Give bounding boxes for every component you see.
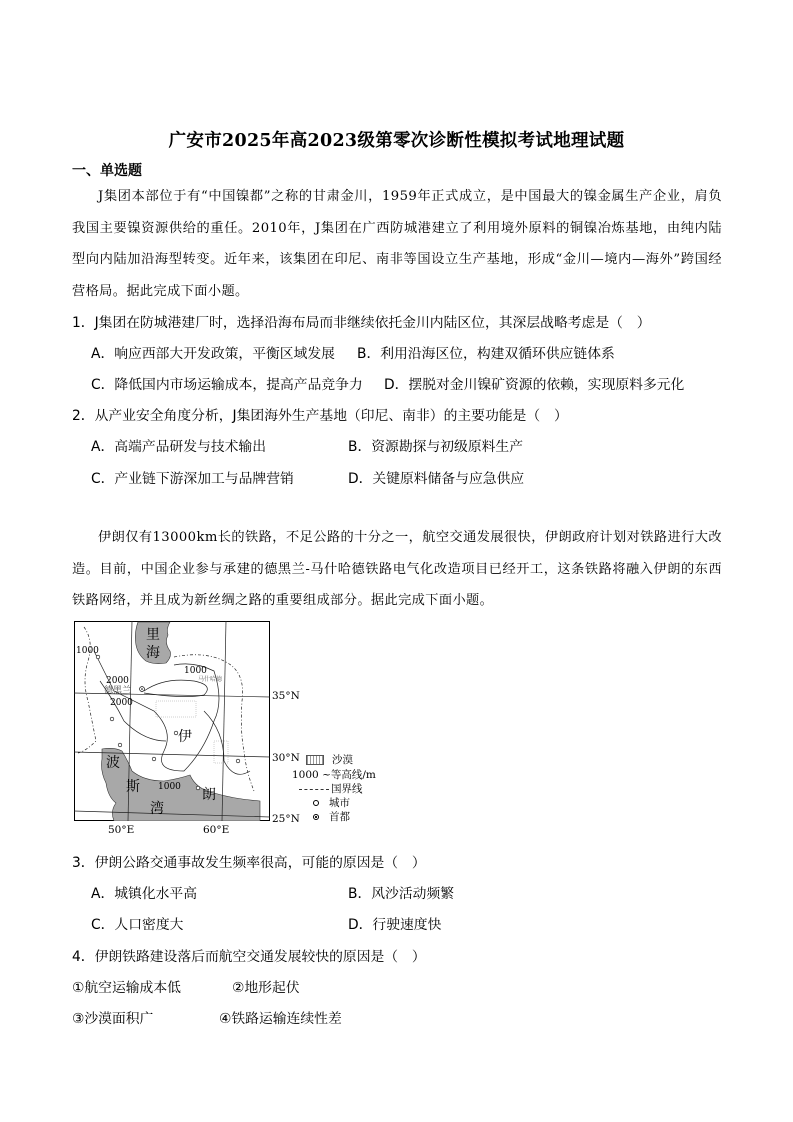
legend-contour: 1000 ~等高线/m xyxy=(292,767,376,782)
passage-jgroup: J集团本部位于有“中国镍都”之称的甘肃金川，1959年正式成立，是中国最大的镍金… xyxy=(72,181,722,307)
svg-text:海: 海 xyxy=(146,645,160,661)
svg-text:2000: 2000 xyxy=(106,676,129,686)
question-3-option-c[interactable]: C．人口密度大 xyxy=(91,913,183,933)
passage-iran-railway: 伊朗仅有13000km长的铁路，不足公路的十分之一，航空交通发展很快，伊朗政府计… xyxy=(72,522,722,617)
legend-city: 城市 xyxy=(313,795,350,810)
svg-text:斯: 斯 xyxy=(126,779,140,795)
svg-text:波: 波 xyxy=(106,755,120,771)
svg-text:1000: 1000 xyxy=(184,666,207,676)
question-2-option-a[interactable]: A．高端产品研发与技术输出 xyxy=(91,435,266,455)
svg-text:里: 里 xyxy=(146,627,160,643)
svg-text:2000: 2000 xyxy=(110,698,133,708)
contour-icon: 1000 xyxy=(292,769,319,781)
city-icon xyxy=(313,800,319,806)
question-3-option-b[interactable]: B．风沙活动频繁 xyxy=(348,882,454,902)
question-1-stem: 1．J集团在防城港建厂时，选择沿海布局而非继续依托金川内陆区位，其深层战略考虑是… xyxy=(72,311,651,331)
question-4-item-2: ②地形起伏 xyxy=(232,976,300,996)
question-2-option-b[interactable]: B．资源勘探与初级原料生产 xyxy=(348,435,523,455)
question-4-item-4: ④铁路运输连续性差 xyxy=(219,1007,342,1027)
question-1-option-a[interactable]: A．响应西部大开发政策，平衡区域发展 xyxy=(91,342,335,362)
question-2-option-d[interactable]: D．关键原料储备与应急供应 xyxy=(348,467,524,487)
lat-35: 35°N xyxy=(272,690,300,702)
svg-text:伊: 伊 xyxy=(178,729,192,745)
svg-text:朗: 朗 xyxy=(202,787,216,803)
border-line-icon xyxy=(299,789,329,790)
question-2-stem: 2．从产业安全角度分析，J集团海外生产基地（印尼、南非）的主要功能是（ ） xyxy=(72,404,568,424)
svg-text:湾: 湾 xyxy=(150,800,164,817)
legend-capital: 首都 xyxy=(313,809,350,824)
question-1-option-c[interactable]: C．降低国内市场运输成本，提高产品竞争力 xyxy=(91,373,363,393)
lat-30: 30°N xyxy=(272,752,300,764)
question-4-stem: 4．伊朗铁路建设落后而航空交通发展较快的原因是（ ） xyxy=(72,945,426,965)
desert-hatch-icon xyxy=(306,755,324,765)
question-2-option-c[interactable]: C．产业链下游深加工与品牌营销 xyxy=(91,467,294,487)
iran-map: 里 海 波 斯 湾 伊 朗 德黑兰 马什哈德 1000 1000 1000 20… xyxy=(74,621,270,821)
question-4-item-1: ①航空运输成本低 xyxy=(72,976,181,996)
svg-text:1000: 1000 xyxy=(76,646,99,656)
lat-25: 25°N xyxy=(272,813,300,825)
question-3-option-a[interactable]: A．城镇化水平高 xyxy=(91,882,197,902)
svg-text:马什哈德: 马什哈德 xyxy=(198,675,223,683)
svg-text:1000: 1000 xyxy=(158,782,181,792)
question-4-item-3: ③沙漠面积广 xyxy=(72,1007,153,1027)
section-heading: 一、单选题 xyxy=(72,160,142,180)
legend-border: 国界线 xyxy=(299,781,363,796)
question-1-option-d[interactable]: D．摆脱对金川镍矿资源的依赖，实现原料多元化 xyxy=(384,373,684,393)
legend-desert: 沙漠 xyxy=(306,752,353,767)
lon-60: 60°E xyxy=(203,824,229,836)
capital-icon xyxy=(313,814,319,820)
page-title: 广安市2025年高2023级第零次诊断性模拟考试地理试题 xyxy=(0,127,793,152)
question-3-option-d[interactable]: D．行驶速度快 xyxy=(348,913,441,933)
question-3-stem: 3．伊朗公路交通事故发生频率很高，可能的原因是（ ） xyxy=(72,851,426,871)
question-1-option-b[interactable]: B．利用沿海区位，构建双循环供应链体系 xyxy=(357,342,615,362)
lon-50: 50°E xyxy=(108,824,134,836)
